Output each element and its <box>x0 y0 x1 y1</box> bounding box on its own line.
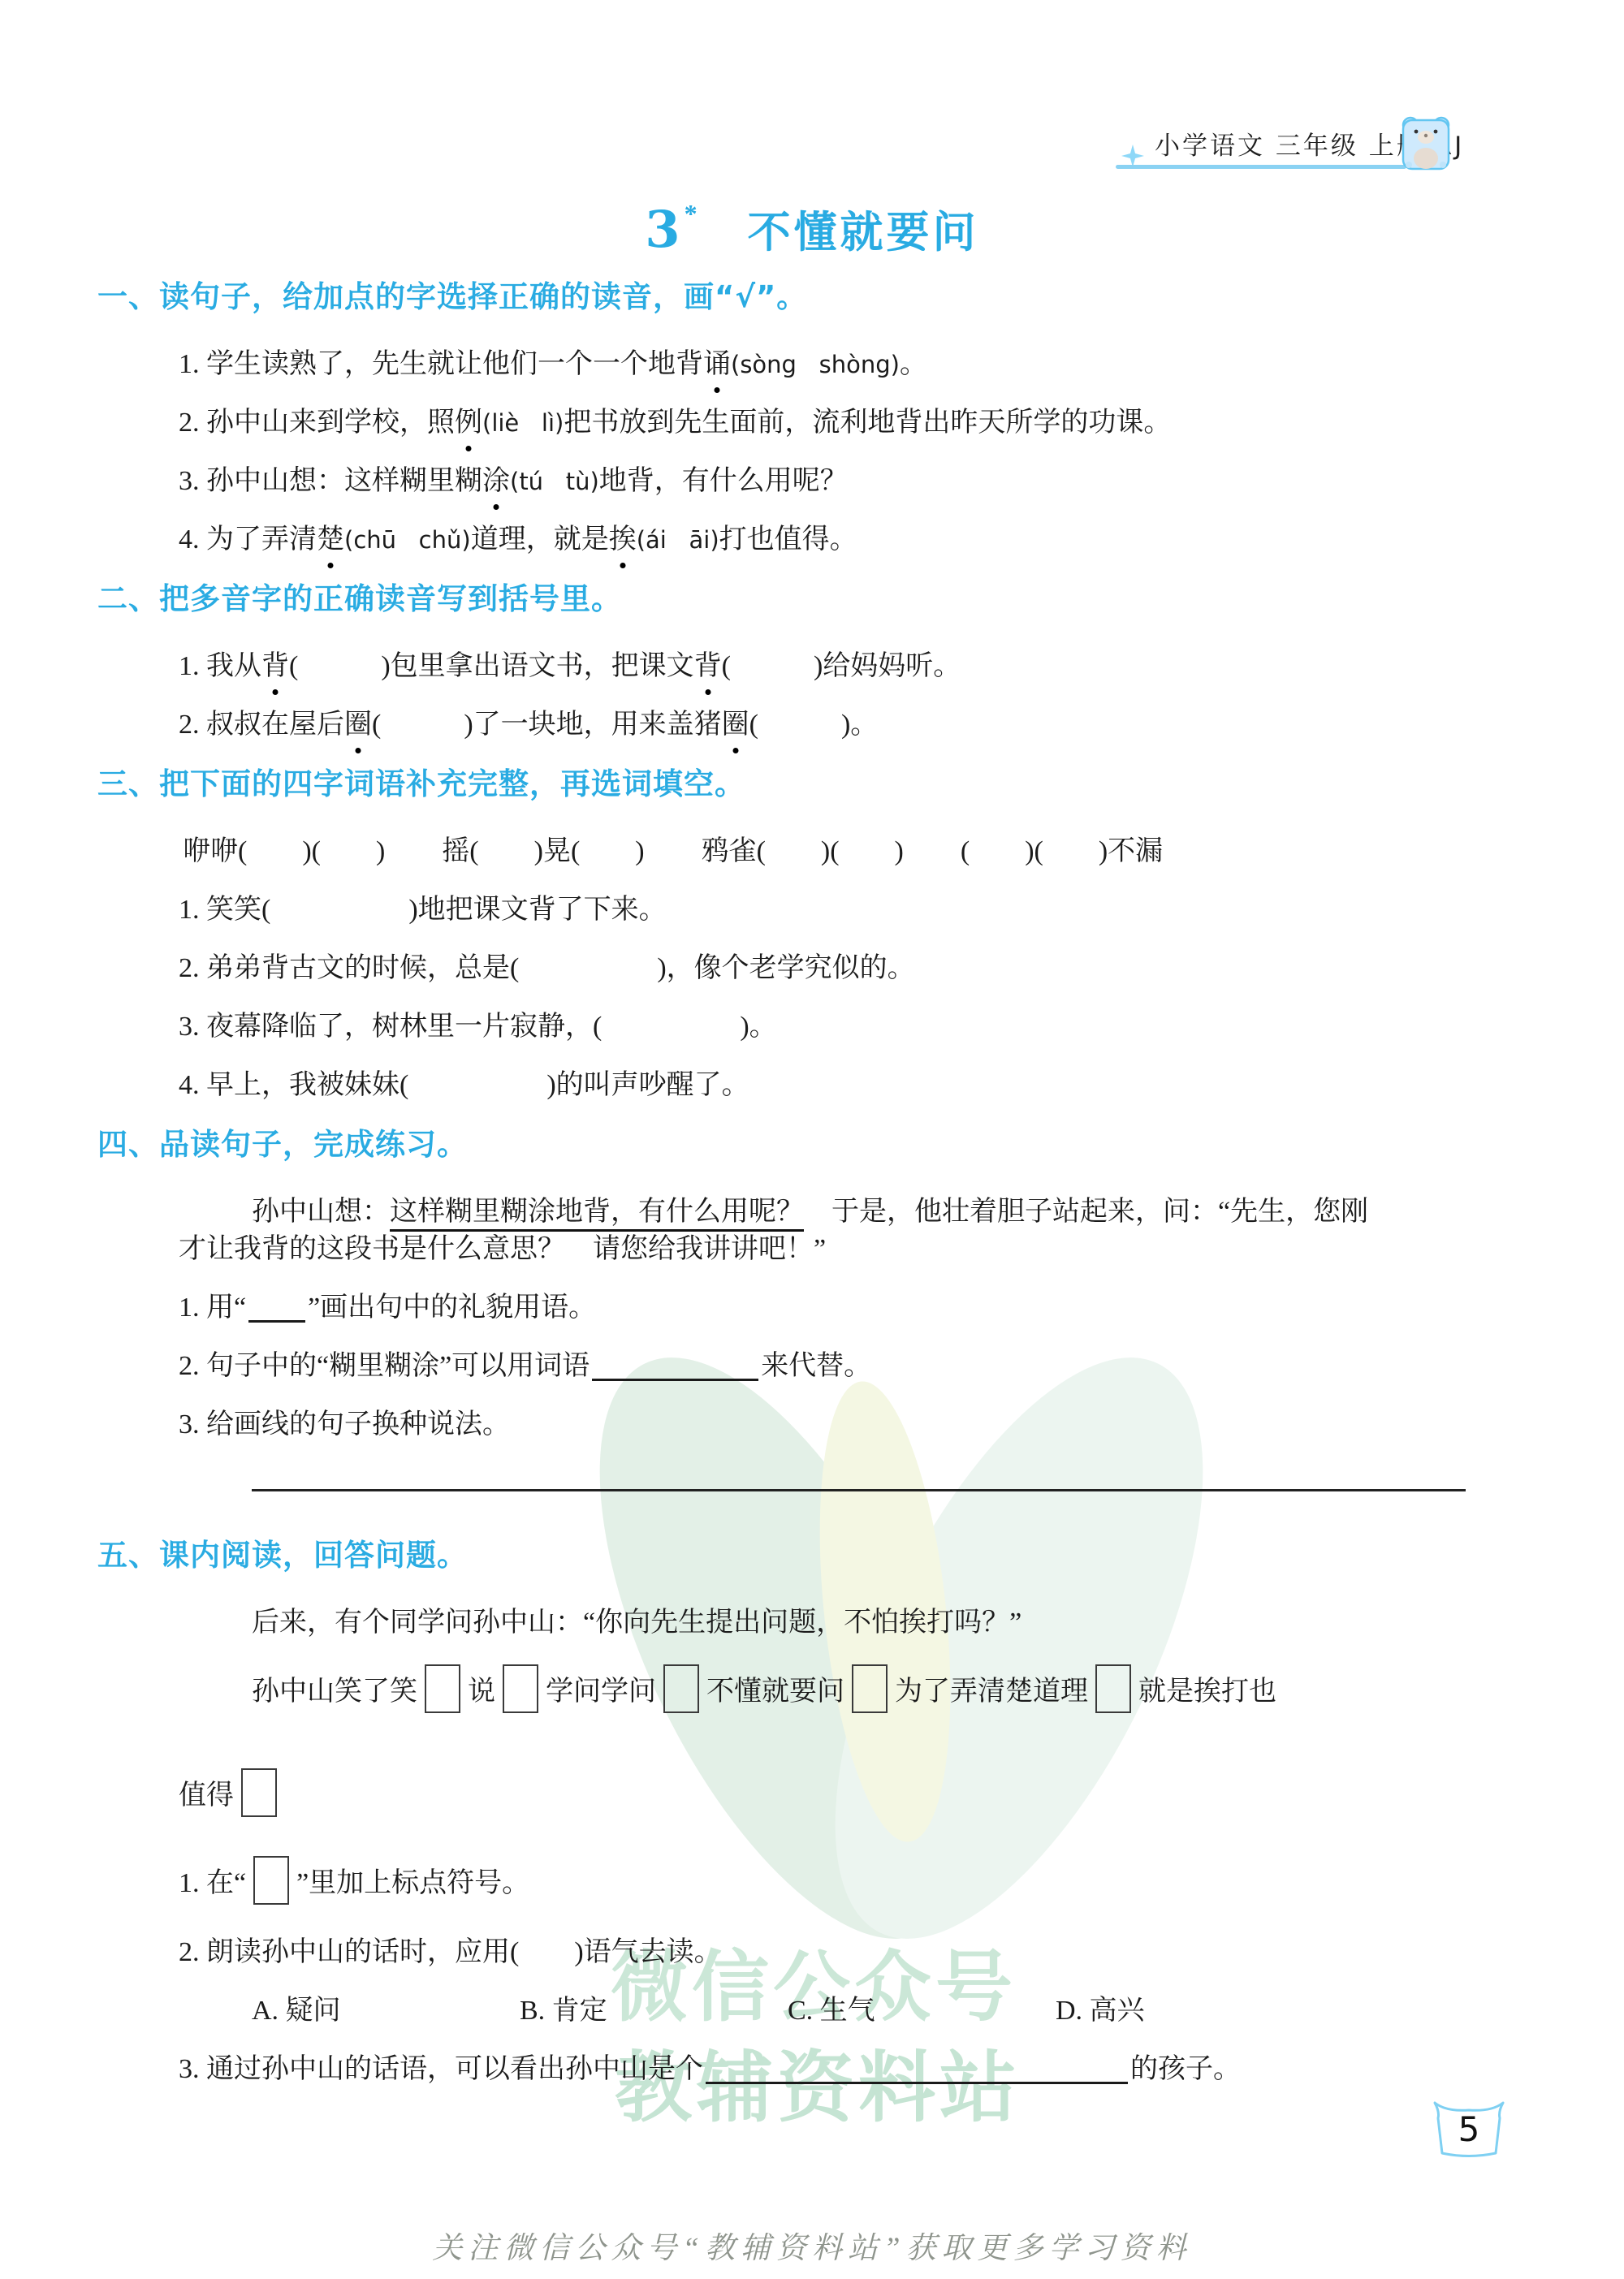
answer-blank <box>248 1293 305 1323</box>
text-run: 3. 给画线的句子换种说法。 <box>179 1409 510 1439</box>
text-run: 1. 笑笑( )地把课文背了下来。 <box>179 895 667 925</box>
punctuation-box <box>503 1664 538 1713</box>
exercise-line: 4. 为了弄清楚(chū chǔ)道理，就是挨(ái āi)打也值得。 <box>179 521 1535 559</box>
text-run: 3. 通过孙中山的话语，可以看出孙中山是个 <box>179 2054 703 2084</box>
bear-icon <box>1400 116 1452 171</box>
lesson-number: 3 <box>645 200 680 259</box>
exercise-line: 值得 <box>179 1767 1535 1825</box>
exercise-section: 二、把多音字的正确读音写到括号里。1. 我从背( )包里拿出语文书，把课文背( … <box>97 580 1535 744</box>
answer-blank <box>706 2054 1128 2084</box>
exercise-line: 孙中山想：这样糊里糊涂地背，有什么用呢？ 于是，他壮着胆子站起来，问：“先生，您… <box>179 1193 1535 1268</box>
punctuation-box <box>425 1664 460 1713</box>
punctuation-box <box>241 1768 277 1817</box>
text-run: 于是，他壮着胆子站起来，问：“先生，您刚 <box>804 1197 1368 1227</box>
choice-option: B. 肯定 <box>520 1992 788 2030</box>
text-run: ( )。 <box>749 710 879 740</box>
text-run: 才让我背的这段书是什么意思？ 请您给我讲讲吧！” <box>179 1234 826 1264</box>
punctuation-box <box>663 1664 699 1713</box>
text-run: 1. 我从 <box>179 651 261 681</box>
text-run: 孙中山想： <box>252 1197 390 1227</box>
text-run: ”里加上标点符号。 <box>296 1868 529 1898</box>
exercise-line: 1. 在“”里加上标点符号。 <box>179 1854 1535 1913</box>
dotted-char: 圈 <box>722 706 749 744</box>
section-header: 三、把下面的四字词语补充完整，再选词填空。 <box>97 765 1535 804</box>
text-run: 就是挨打也 <box>1138 1677 1276 1707</box>
word-row: 咿咿( )( )摇( )晃( )鸦雀( )( )( )( )不漏 <box>183 833 1535 870</box>
text-run: 把书放到先生面前，流利地背出昨天所学的功课。 <box>564 408 1171 438</box>
text-run: 学问学问 <box>546 1677 656 1707</box>
page-number-badge: 5 <box>1427 2100 1510 2160</box>
sparkle-icon <box>1121 145 1144 167</box>
pinyin-choices: (sòng shòng) <box>731 351 900 378</box>
dotted-char: 背 <box>261 648 289 685</box>
text-run: 2. 朗读孙中山的话时，应用( )语气去读。 <box>179 1937 722 1967</box>
dotted-char: 例 <box>455 404 482 442</box>
text-run: 说 <box>468 1677 495 1707</box>
underlined-sentence: 这样糊里糊涂地背，有什么用呢？ <box>390 1197 804 1232</box>
lesson-title-text: 不懂就要问 <box>748 208 979 257</box>
exercise-line: 2. 弟弟背古文的时候，总是( )，像个老学究似的。 <box>179 950 1535 987</box>
text-run: 1. 在“ <box>179 1868 246 1898</box>
exercise-line: 3. 孙中山想：这样糊里糊涂(tú tù)地背，有什么用呢？ <box>179 463 1535 500</box>
exercise-line: 3. 夜幕降临了，树林里一片寂静，( )。 <box>179 1008 1535 1046</box>
dotted-char: 楚 <box>317 521 344 559</box>
text-run: 的孩子。 <box>1130 2054 1241 2084</box>
answer-line <box>252 1489 1466 1491</box>
page-number: 5 <box>1427 2109 1510 2149</box>
dotted-char: 背 <box>694 648 722 685</box>
text-run: 孙中山笑了笑 <box>252 1677 417 1707</box>
text-run: 3. 夜幕降临了，树林里一片寂静，( )。 <box>179 1012 777 1042</box>
lesson-star: * <box>685 199 698 228</box>
exercise-line: 孙中山笑了笑说学问学问不懂就要问为了弄清楚道理就是挨打也 <box>179 1663 1535 1721</box>
exercise-line: 1. 用“”画出句中的礼貌用语。 <box>179 1289 1535 1327</box>
punctuation-box <box>253 1856 289 1905</box>
exercise-line: 2. 孙中山来到学校，照例(liè lì)把书放到先生面前，流利地背出昨天所学的… <box>179 404 1535 442</box>
text-run: ”画出句中的礼貌用语。 <box>308 1293 596 1323</box>
punctuation-box <box>1095 1664 1131 1713</box>
lesson-title: 3*不懂就要问 <box>0 198 1624 260</box>
section-header: 五、课内阅读，回答问题。 <box>97 1536 1535 1575</box>
word-item: ( )( )不漏 <box>961 833 1163 870</box>
text-run: 为了弄清楚道理 <box>895 1677 1088 1707</box>
text-run: 道理，就是 <box>471 524 609 555</box>
text-run: 3. 孙中山想：这样糊里糊 <box>179 466 482 496</box>
word-item: 鸦雀( )( ) <box>702 833 904 870</box>
text-run: 打也值得。 <box>719 524 857 555</box>
text-run: 值得 <box>179 1780 234 1811</box>
choice-option: C. 生气 <box>788 1992 1056 2030</box>
exercise-line: 2. 叔叔在屋后圈( )了一块地，用来盖猪圈( )。 <box>179 706 1535 744</box>
pinyin-choices: (ái āi) <box>637 526 719 554</box>
exercise-line: 4. 早上，我被妹妹( )的叫声吵醒了。 <box>179 1067 1535 1104</box>
word-item: 摇( )晃( ) <box>442 833 644 870</box>
text-run: 1. 学生读熟了，先生就让他们一个一个地背 <box>179 349 703 379</box>
header-rule <box>1116 165 1406 169</box>
exercise-section: 四、品读句子，完成练习。孙中山想：这样糊里糊涂地背，有什么用呢？ 于是，他壮着胆… <box>97 1125 1535 1491</box>
pinyin-choices: (tú tù) <box>510 468 599 495</box>
choice-options-row: A. 疑问B. 肯定C. 生气D. 高兴 <box>252 1992 1535 2030</box>
worksheet-page: 微信公众号 教辅资料站 小学语文 三年级 上册 RJ 3*不懂就要问 一、读句子… <box>0 0 1624 2279</box>
footer-note: 关注微信公众号“教辅资料站”获取更多学习资料 <box>0 2223 1624 2267</box>
text-run: 。 <box>900 349 927 379</box>
exercise-line: 后来，有个同学问孙中山：“你向先生提出问题，不怕挨打吗？” <box>179 1604 1535 1642</box>
exercise-line: 2. 朗读孙中山的话时，应用( )语气去读。 <box>179 1934 1535 1971</box>
text-run: 2. 弟弟背古文的时候，总是( )，像个老学究似的。 <box>179 953 915 983</box>
text-run: 2. 叔叔在屋后 <box>179 710 344 740</box>
exercise-line: 1. 笑笑( )地把课文背了下来。 <box>179 891 1535 929</box>
punctuation-box <box>852 1664 888 1713</box>
exercise-line: 3. 给画线的句子换种说法。 <box>179 1406 1535 1444</box>
text-run: ( )了一块地，用来盖猪 <box>372 710 722 740</box>
text-run: 地背，有什么用呢？ <box>599 466 848 496</box>
exercise-section: 三、把下面的四字词语补充完整，再选词填空。咿咿( )( )摇( )晃( )鸦雀(… <box>97 765 1535 1104</box>
exercise-section: 一、读句子，给加点的字选择正确的读音，画“√”。1. 学生读熟了，先生就让他们一… <box>97 278 1535 559</box>
exercise-line: 1. 我从背( )包里拿出语文书，把课文背( )给妈妈听。 <box>179 648 1535 685</box>
exercise-line: 1. 学生读熟了，先生就让他们一个一个地背诵(sòng shòng)。 <box>179 346 1535 383</box>
exercise-section: 五、课内阅读，回答问题。后来，有个同学问孙中山：“你向先生提出问题，不怕挨打吗？… <box>97 1536 1535 2088</box>
text-run: 不懂就要问 <box>706 1677 844 1707</box>
text-run: 2. 孙中山来到学校，照 <box>179 408 455 438</box>
text-run: 4. 早上，我被妹妹( )的叫声吵醒了。 <box>179 1070 749 1100</box>
exercise-line: 3. 通过孙中山的话语，可以看出孙中山是个的孩子。 <box>179 2051 1535 2088</box>
dotted-char: 圈 <box>344 706 372 744</box>
dotted-char: 诵 <box>703 346 731 383</box>
choice-option: A. 疑问 <box>252 1992 520 2030</box>
worksheet-body: 一、读句子，给加点的字选择正确的读音，画“√”。1. 学生读熟了，先生就让他们一… <box>97 278 1535 2109</box>
text-run: ( )给妈妈听。 <box>722 651 961 681</box>
section-header: 一、读句子，给加点的字选择正确的读音，画“√”。 <box>97 278 1535 317</box>
text-run: 后来，有个同学问孙中山：“你向先生提出问题，不怕挨打吗？” <box>252 1608 1021 1638</box>
section-header: 二、把多音字的正确读音写到括号里。 <box>97 580 1535 619</box>
text-run: 4. 为了弄清 <box>179 524 317 555</box>
choice-option: D. 高兴 <box>1056 1992 1145 2030</box>
text-run: 2. 句子中的“糊里糊涂”可以用词语 <box>179 1351 590 1381</box>
text-run: ( )包里拿出语文书，把课文 <box>289 651 694 681</box>
answer-blank <box>592 1351 758 1381</box>
text-run: 1. 用“ <box>179 1293 246 1323</box>
pinyin-choices: (liè lì) <box>482 409 564 437</box>
dotted-char: 挨 <box>609 521 637 559</box>
exercise-line: 2. 句子中的“糊里糊涂”可以用词语来代替。 <box>179 1348 1535 1385</box>
text-run: 来代替。 <box>761 1351 871 1381</box>
section-header: 四、品读句子，完成练习。 <box>97 1125 1535 1164</box>
dotted-char: 涂 <box>482 463 510 500</box>
word-item: 咿咿( )( ) <box>183 833 385 870</box>
pinyin-choices: (chū chǔ) <box>344 526 471 554</box>
